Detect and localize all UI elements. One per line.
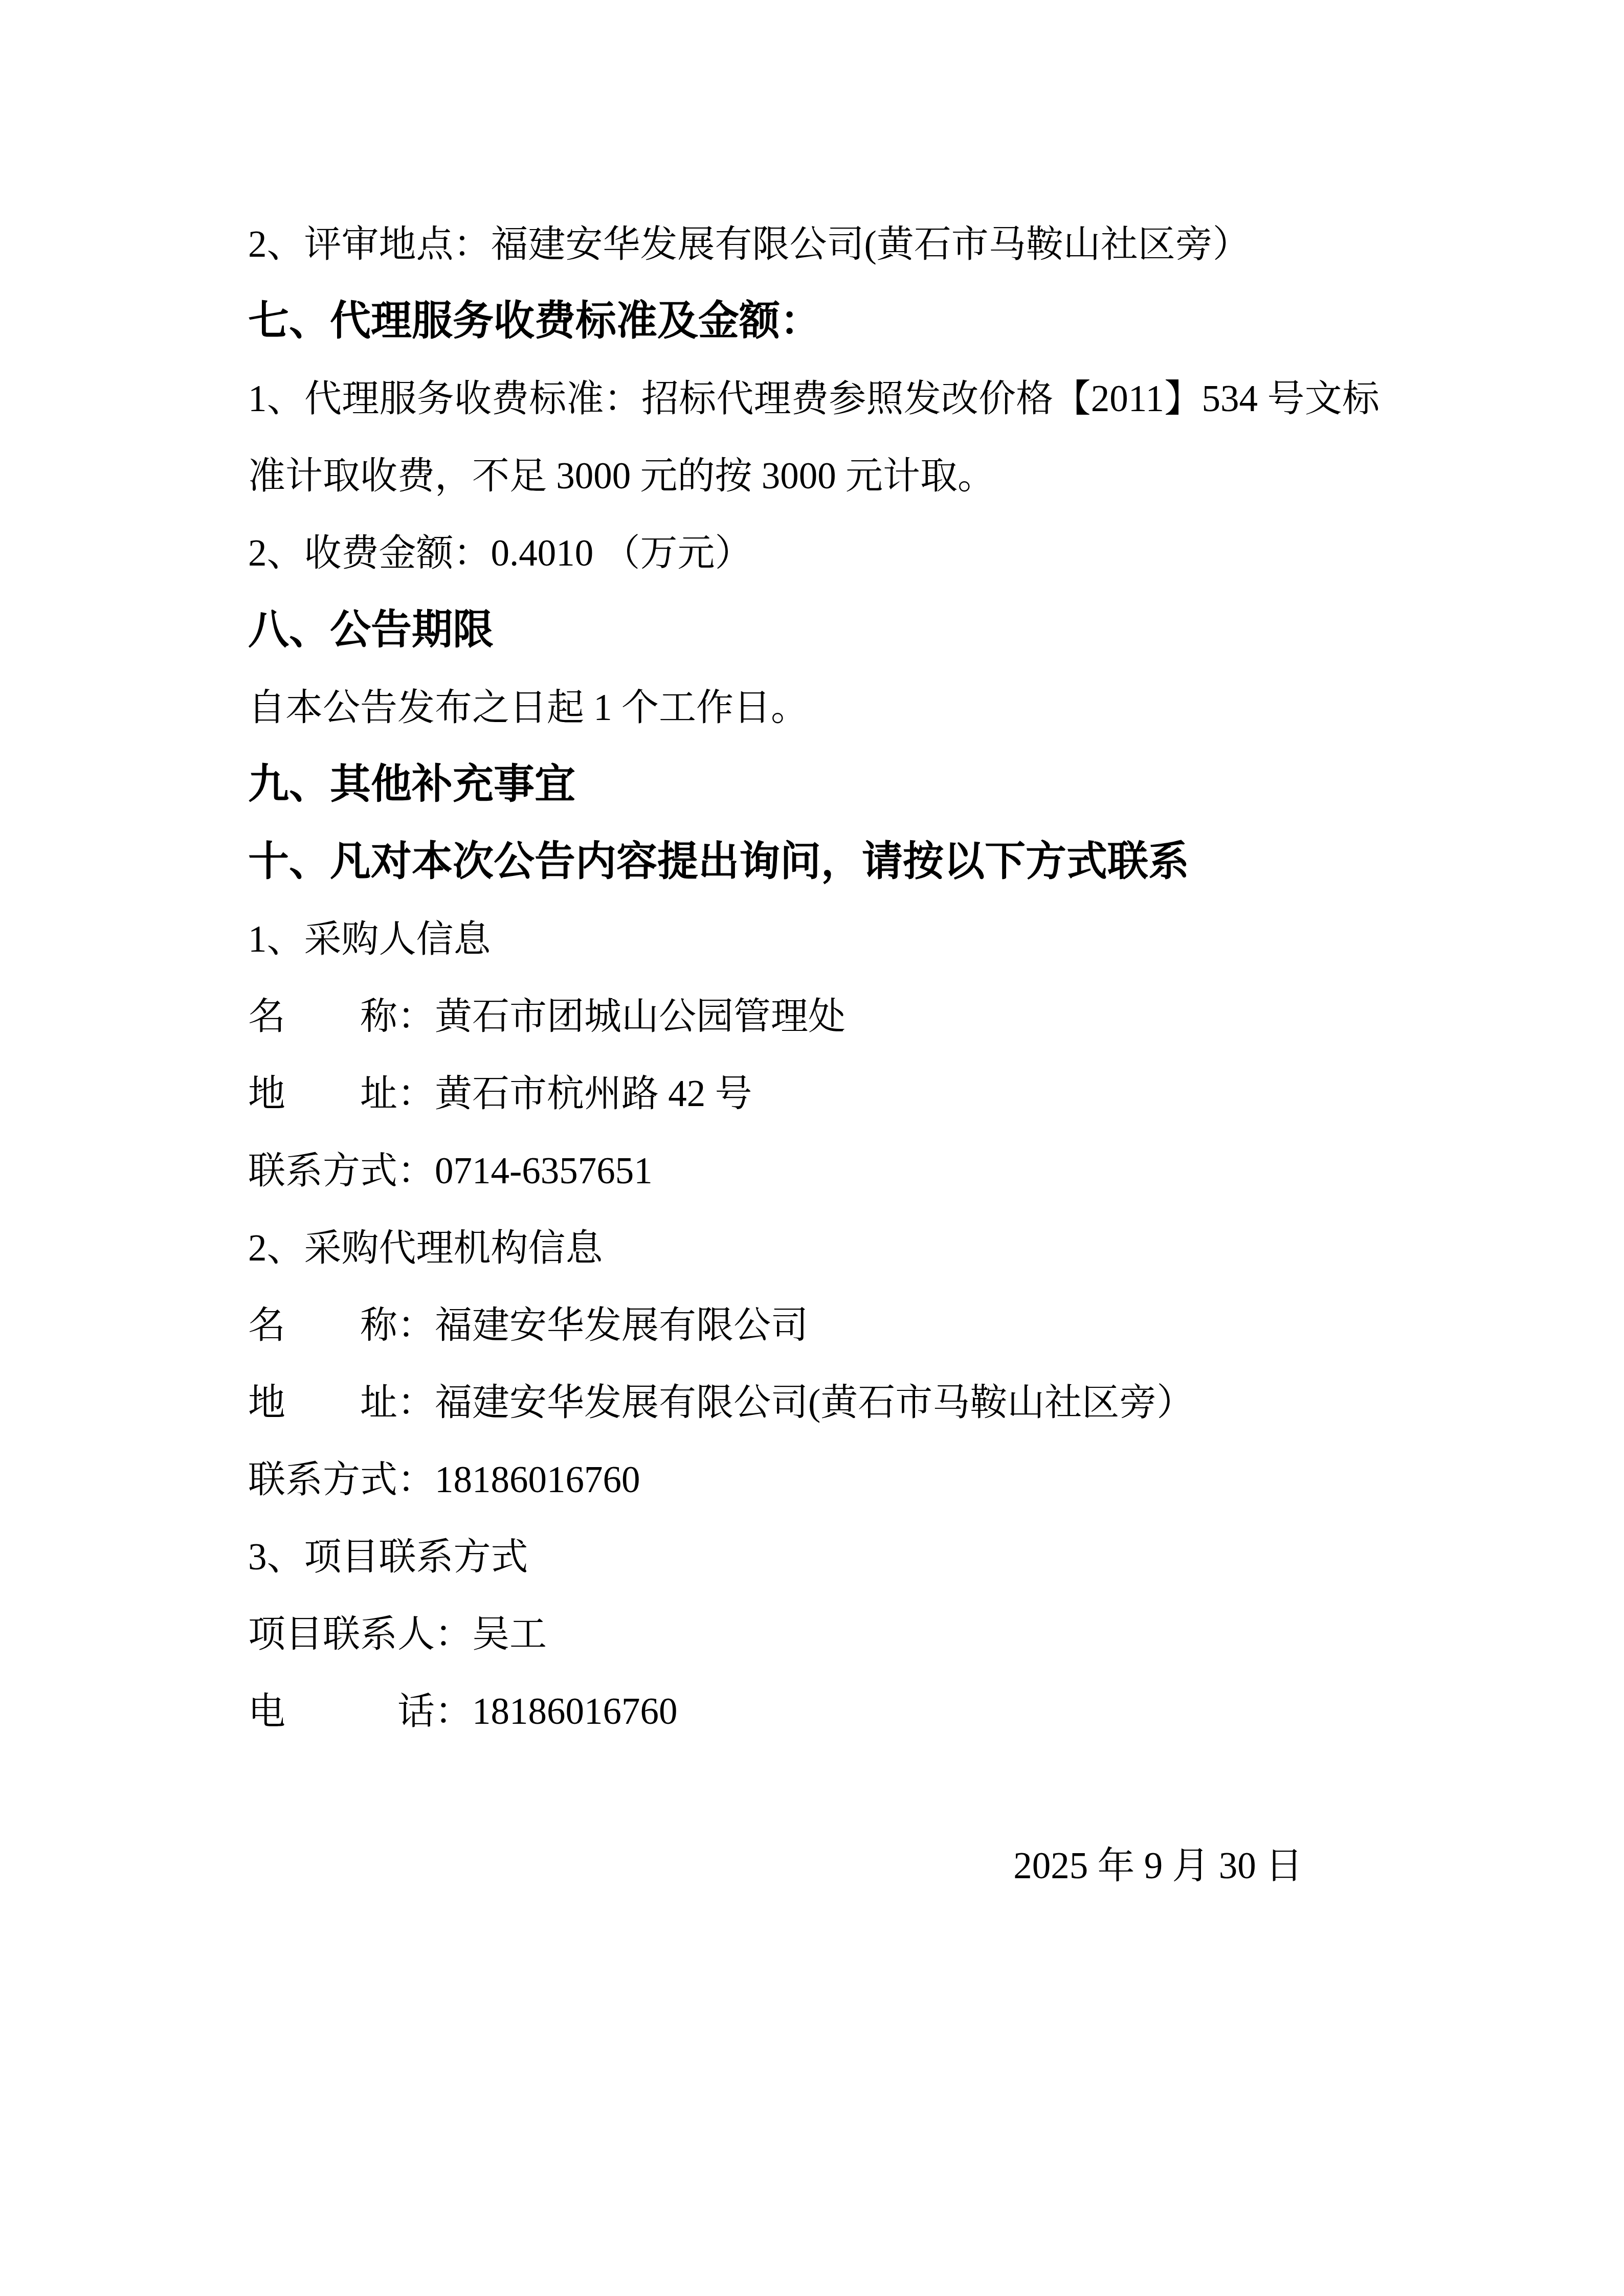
paragraph-project-contact-label: 3、项目联系方式 <box>248 1518 1380 1595</box>
document-date: 2025 年 9 月 30 日 <box>248 1827 1380 1904</box>
heading-section-8-notice-period: 八、公告期限 <box>248 592 1380 669</box>
paragraph-review-location: 2、评审地点：福建安华发展有限公司(黄石市马鞍山社区旁） <box>248 206 1380 283</box>
paragraph-purchaser-info-label: 1、采购人信息 <box>248 901 1380 978</box>
heading-section-10-contact: 十、凡对本次公告内容提出询问，请按以下方式联系 <box>248 823 1380 901</box>
paragraph-project-contact-person: 项目联系人：吴工 <box>248 1595 1380 1673</box>
document-page: 2、评审地点：福建安华发展有限公司(黄石市马鞍山社区旁） 七、代理服务收费标准及… <box>0 0 1624 2296</box>
paragraph-fee-amount: 2、收费金额：0.4010 （万元） <box>248 514 1380 592</box>
blank-line <box>248 1750 1380 1827</box>
heading-section-7-agency-fees: 七、代理服务收费标准及金额： <box>248 283 1380 360</box>
paragraph-notice-period: 自本公告发布之日起 1 个工作日。 <box>248 669 1380 746</box>
paragraph-purchaser-address: 地 址：黄石市杭州路 42 号 <box>248 1055 1380 1132</box>
paragraph-purchaser-phone: 联系方式：0714-6357651 <box>248 1132 1380 1209</box>
paragraph-agency-name: 名 称：福建安华发展有限公司 <box>248 1287 1380 1364</box>
paragraph-fee-standard: 1、代理服务收费标准：招标代理费参照发改价格【2011】534 号文标准计取收费… <box>248 360 1380 514</box>
paragraph-purchaser-name: 名 称：黄石市团城山公园管理处 <box>248 978 1380 1055</box>
paragraph-project-contact-phone: 电 话：18186016760 <box>248 1673 1380 1750</box>
paragraph-agency-address: 地 址：福建安华发展有限公司(黄石市马鞍山社区旁） <box>248 1364 1380 1441</box>
paragraph-agency-info-label: 2、采购代理机构信息 <box>248 1209 1380 1287</box>
document-body: 2、评审地点：福建安华发展有限公司(黄石市马鞍山社区旁） 七、代理服务收费标准及… <box>248 206 1380 1904</box>
paragraph-agency-phone: 联系方式：18186016760 <box>248 1441 1380 1518</box>
heading-section-9-other-matters: 九、其他补充事宜 <box>248 746 1380 823</box>
